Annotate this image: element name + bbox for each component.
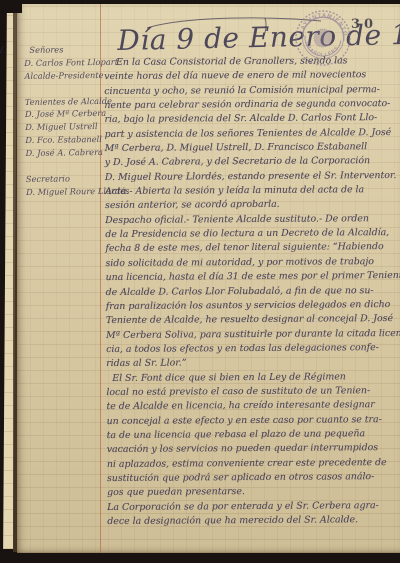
stray-ink-mark: /: [0, 46, 3, 56]
margin-line: [25, 82, 103, 96]
text-line: una licencia, hasta el día 31 de este me…: [106, 269, 399, 285]
margin-line: D. Fco. Estabanell: [25, 133, 103, 147]
margin-line: D. José Mª Cerbera: [25, 107, 103, 121]
text-line: sustitución que podrá ser aplicado en ot…: [107, 470, 400, 486]
text-line: Acta.- Abierta la sesión y leída la minu…: [105, 183, 398, 199]
text-line: veinte horas del día nueve de enero de m…: [104, 68, 397, 84]
margin-line: Señores: [24, 43, 102, 57]
margin-line: D. Miguel Ustrell: [25, 120, 103, 134]
margin-line: D. José A. Cabrera: [25, 146, 103, 160]
margin-line: D. Carlos Font Llopart: [24, 56, 102, 70]
margin-line: D. Miguel Roure Llordés: [26, 185, 104, 199]
margin-line: [26, 159, 104, 173]
attendees-margin-list: SeñoresD. Carlos Font LlopartAlcalde-Pre…: [24, 43, 104, 199]
text-line: te de Alcalde en licencia, ha creído int…: [106, 398, 399, 414]
margin-line: Alcalde-Presidente: [24, 69, 102, 83]
text-line: dece la designación que ha merecido del …: [107, 513, 400, 529]
margin-line: Tenientes de Alcalde: [25, 94, 103, 108]
document-scan: / Día 9 de Enero de 1958 30 AYUNTAMIENTO…: [0, 0, 400, 563]
document-page: Día 9 de Enero de 1958 30 AYUNTAMIENTO G…: [17, 4, 400, 553]
stamp-emblem-icon: [313, 28, 333, 48]
text-line: Teniente de Alcalde, he resuelto designa…: [106, 312, 399, 328]
scan-corner-shadow: [0, 0, 22, 13]
margin-line: Secretario: [26, 172, 104, 186]
minutes-body-text: En la Casa Consistorial de Granollers, s…: [104, 54, 400, 529]
text-line: cia, a todos los efectos y en todas las …: [106, 341, 399, 357]
text-line: vacación y los servicios no pueden queda…: [107, 441, 400, 457]
